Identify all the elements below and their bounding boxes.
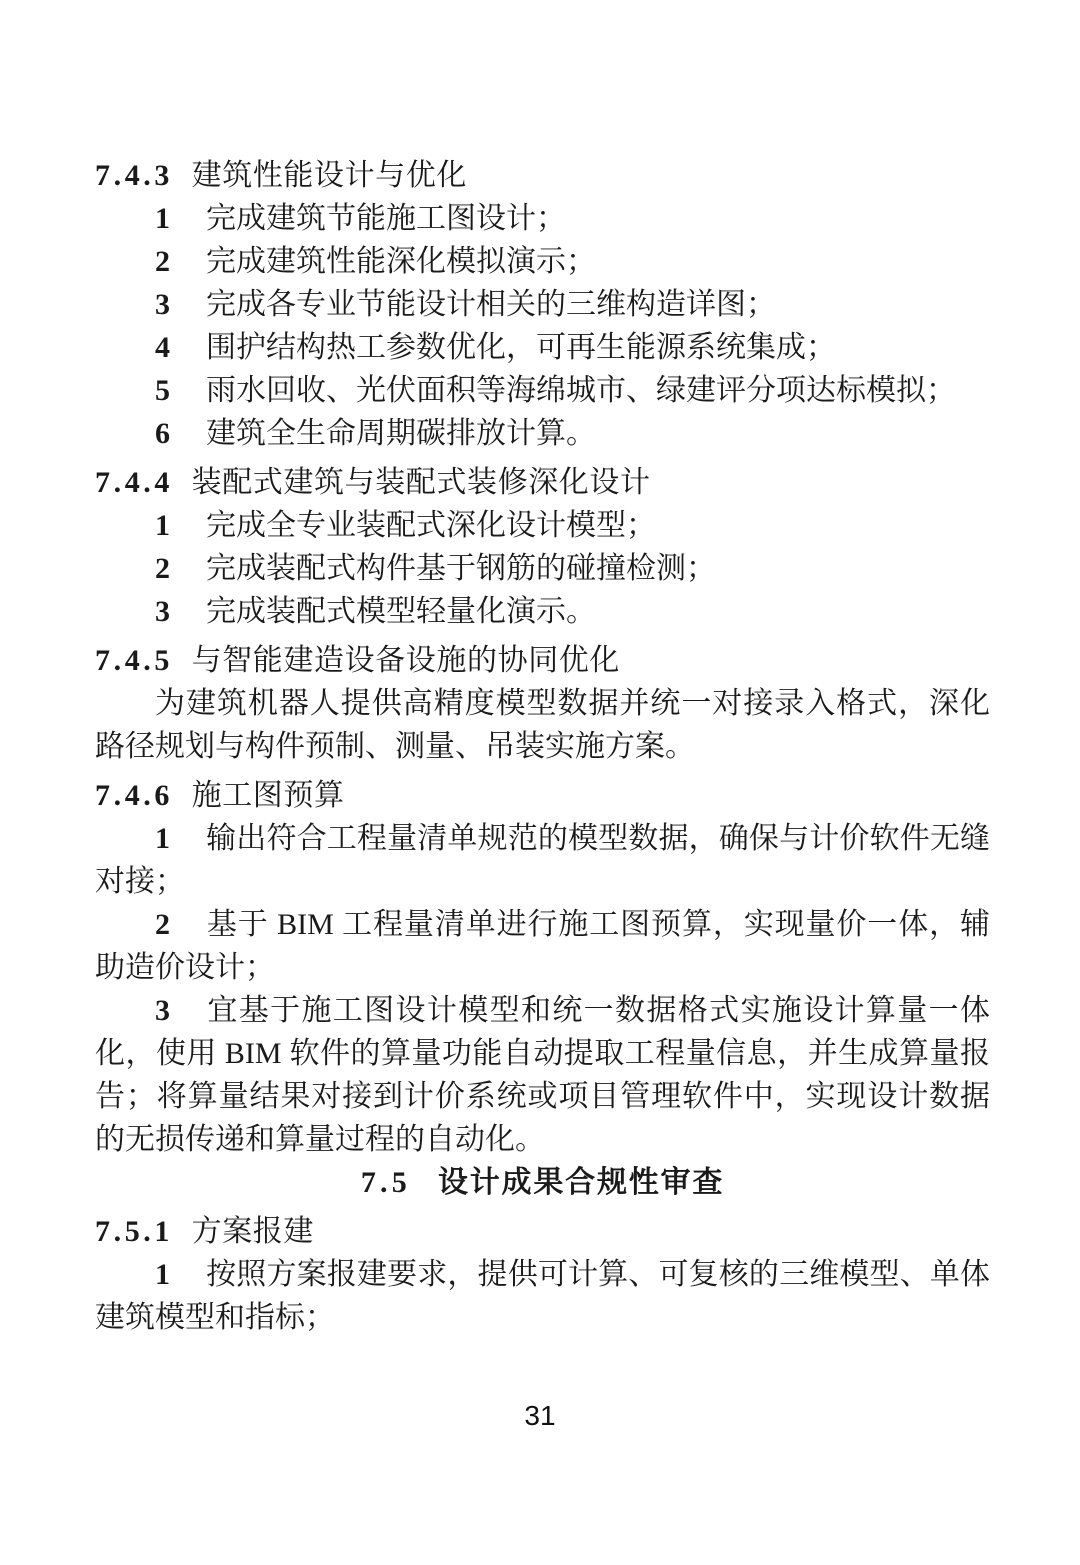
list-item-text: 完成建筑性能深化模拟演示； — [206, 245, 596, 278]
list-item-number: 4 — [155, 331, 170, 364]
clause-number: 7.5.1 — [95, 1215, 173, 1248]
clause-title: 建筑性能设计与优化 — [192, 159, 467, 192]
clause-number: 7.4.4 — [95, 466, 173, 499]
list-item-number: 2 — [155, 908, 170, 941]
clause-title: 施工图预算 — [192, 779, 345, 812]
clause-7-4-6: 7.4.6施工图预算 — [95, 774, 990, 817]
list-item: 5雨水回收、光伏面积等海绵城市、绿建评分项达标模拟； — [95, 369, 990, 412]
list-item-text: 完成装配式构件基于钢筋的碰撞检测； — [206, 552, 716, 585]
list-item-text: 按照方案报建要求，提供可计算、可复核的三维模型、单体建筑模型和指标； — [95, 1258, 990, 1334]
list-item-text: 雨水回收、光伏面积等海绵城市、绿建评分项达标模拟； — [206, 374, 956, 407]
page-body: 7.4.3建筑性能设计与优化 1完成建筑节能施工图设计； 2完成建筑性能深化模拟… — [95, 154, 990, 1339]
clause-7-5-1: 7.5.1方案报建 — [95, 1210, 990, 1253]
list-item-number: 1 — [155, 202, 170, 235]
list-item-number: 1 — [155, 1258, 170, 1291]
list-item-number: 3 — [155, 595, 170, 628]
list-item-number: 1 — [155, 509, 170, 542]
list-item: 4围护结构热工参数优化，可再生能源系统集成； — [95, 326, 990, 369]
clause-title: 方案报建 — [192, 1215, 314, 1248]
clause-7-4-4: 7.4.4装配式建筑与装配式装修深化设计 — [95, 461, 990, 504]
list-item: 2基于 BIM 工程量清单进行施工图预算，实现量价一体，辅助造价设计； — [95, 903, 990, 989]
list-item-text: 建筑全生命周期碳排放计算。 — [206, 417, 596, 450]
list-item: 6建筑全生命周期碳排放计算。 — [95, 412, 990, 455]
list-item-number: 3 — [155, 994, 170, 1027]
clause-number: 7.4.5 — [95, 644, 173, 677]
list-item-text: 完成各专业节能设计相关的三维构造详图； — [206, 288, 776, 321]
document-page: 7.4.3建筑性能设计与优化 1完成建筑节能施工图设计； 2完成建筑性能深化模拟… — [0, 0, 1080, 1565]
list-item: 1完成全专业装配式深化设计模型； — [95, 504, 990, 547]
section-title: 设计成果合规性审查 — [438, 1166, 724, 1199]
list-item-text: 输出符合工程量清单规范的模型数据，确保与计价软件无缝对接； — [95, 822, 990, 898]
clause-title: 装配式建筑与装配式装修深化设计 — [192, 466, 651, 499]
list-item: 1完成建筑节能施工图设计； — [95, 197, 990, 240]
list-item-text: 完成全专业装配式深化设计模型； — [206, 509, 656, 542]
clause-title: 与智能建造设备设施的协同优化 — [192, 644, 620, 677]
list-item-text: 完成建筑节能施工图设计； — [206, 202, 566, 235]
list-item-text: 围护结构热工参数优化，可再生能源系统集成； — [206, 331, 836, 364]
list-item: 3完成各专业节能设计相关的三维构造详图； — [95, 283, 990, 326]
list-item: 2完成建筑性能深化模拟演示； — [95, 240, 990, 283]
list-item: 2完成装配式构件基于钢筋的碰撞检测； — [95, 547, 990, 590]
clause-7-4-3: 7.4.3建筑性能设计与优化 — [95, 154, 990, 197]
list-item-number: 1 — [155, 822, 170, 855]
section-number: 7.5 — [361, 1166, 411, 1199]
list-item: 1按照方案报建要求，提供可计算、可复核的三维模型、单体建筑模型和指标； — [95, 1253, 990, 1339]
list-item-number: 5 — [155, 374, 170, 407]
list-item-number: 2 — [155, 245, 170, 278]
page-number: 31 — [0, 1401, 1080, 1431]
list-item-text: 完成装配式模型轻量化演示。 — [206, 595, 596, 628]
list-item: 1输出符合工程量清单规范的模型数据，确保与计价软件无缝对接； — [95, 817, 990, 903]
body-paragraph: 为建筑机器人提供高精度模型数据并统一对接录入格式，深化路径规划与构件预制、测量、… — [95, 682, 990, 768]
list-item: 3宜基于施工图设计模型和统一数据格式实施设计算量一体化，使用 BIM 软件的算量… — [95, 989, 990, 1161]
list-item-number: 2 — [155, 552, 170, 585]
list-item: 3完成装配式模型轻量化演示。 — [95, 590, 990, 633]
clause-number: 7.4.3 — [95, 159, 173, 192]
section-heading: 7.5设计成果合规性审查 — [95, 1161, 990, 1204]
list-item-text: 基于 BIM 工程量清单进行施工图预算，实现量价一体，辅助造价设计； — [95, 908, 990, 984]
list-item-number: 3 — [155, 288, 170, 321]
list-item-number: 6 — [155, 417, 170, 450]
list-item-text: 宜基于施工图设计模型和统一数据格式实施设计算量一体化，使用 BIM 软件的算量功… — [95, 994, 990, 1156]
clause-7-4-5: 7.4.5与智能建造设备设施的协同优化 — [95, 639, 990, 682]
clause-number: 7.4.6 — [95, 779, 173, 812]
